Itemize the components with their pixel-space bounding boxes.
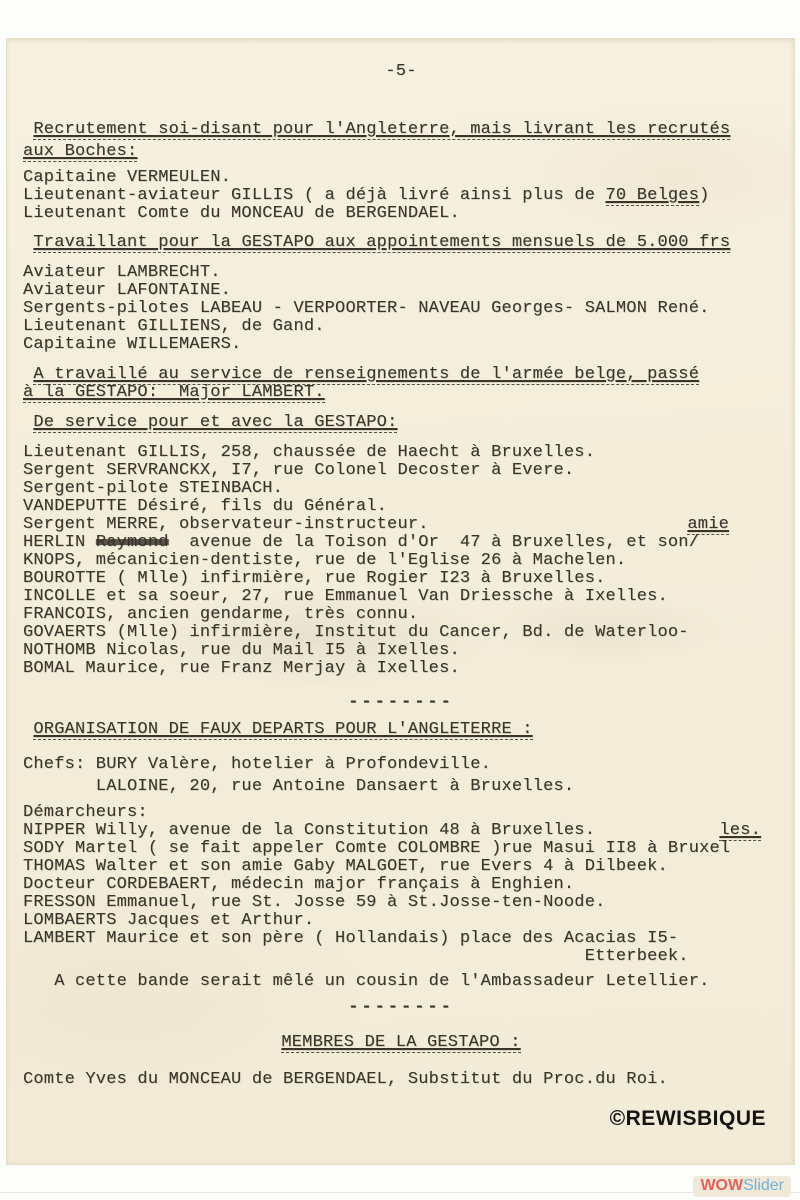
heading-travaillant: Travaillant pour la GESTAPO aux appointe…	[23, 234, 779, 252]
text-segment: Lieutenant-aviateur GILLIS ( a déjà livr…	[23, 186, 606, 205]
text-segment: VANDEPUTTE Désiré, fils du Général.	[23, 497, 387, 516]
doc-line: Sergent-pilote STEINBACH.	[23, 480, 779, 498]
doc-line: SODY Martel ( se fait appeler Comte COLO…	[23, 840, 779, 858]
doc-line: Sergent SERVRANCKX, I7, rue Colonel Deco…	[23, 462, 779, 480]
doc-line: Aviateur LAMBRECHT.	[23, 264, 779, 282]
text-segment: BOMAL Maurice, rue Franz Merjay à Ixelle…	[23, 659, 460, 678]
doc-line: Capitaine VERMEULEN.	[23, 169, 779, 187]
text-segment: )	[699, 186, 709, 205]
text-segment: Etterbeek.	[23, 947, 689, 966]
doc-line: LAMBERT Maurice et son père ( Hollandais…	[23, 930, 779, 948]
text-segment: Sergent-pilote STEINBACH.	[23, 479, 283, 498]
doc-line: Démarcheurs:	[23, 804, 779, 822]
text-segment	[23, 120, 33, 139]
underlined-text: à la GESTAPO: Major LAMBERT.	[23, 383, 325, 403]
doc-line: Sergent MERRE, observateur-instructeur.a…	[23, 516, 779, 534]
text-segment: avenue de la Toison d'Or 47 à Bruxelles,…	[169, 533, 700, 552]
doc-line: NIPPER Willy, avenue de la Constitution …	[23, 822, 779, 840]
underlined-text: A travaillé au service de renseignements…	[33, 365, 699, 385]
heading-de-service: De service pour et avec la GESTAPO:	[23, 414, 779, 432]
doc-line: Lieutenant GILLIENS, de Gand.	[23, 318, 779, 336]
bottom-divider	[0, 1192, 800, 1193]
underlined-text: De service pour et avec la GESTAPO:	[33, 413, 397, 433]
text-segment	[23, 233, 33, 252]
heading-recrutement: Recrutement soi-disant pour l'Angleterre…	[23, 121, 779, 139]
wowslider-watermark[interactable]: WOWSlider	[693, 1176, 791, 1197]
underlined-text: Recrutement soi-disant pour l'Angleterre…	[33, 120, 730, 140]
underlined-text: MEMBRES DE LA GESTAPO :	[281, 1033, 520, 1053]
text-segment: Lieutenant GILLIS, 258, chaussée de Haec…	[23, 443, 595, 462]
underlined-text: Travaillant pour la GESTAPO aux appointe…	[33, 233, 730, 253]
text-segment: Chefs: BURY Valère, hotelier à Profondev…	[23, 755, 491, 774]
doc-line: Sergents-pilotes LABEAU - VERPOORTER- NA…	[23, 300, 779, 318]
text-segment: KNOPS, mécanicien-dentiste, rue de l'Egl…	[23, 551, 626, 570]
doc-line: Etterbeek.	[23, 948, 779, 966]
doc-line: NOTHOMB Nicolas, rue du Mail I5 à Ixelle…	[23, 642, 779, 660]
underlined-text: ORGANISATION DE FAUX DEPARTS POUR L'ANGL…	[33, 720, 532, 740]
doc-line: BOUROTTE ( Mlle) infirmière, rue Rogier …	[23, 570, 779, 588]
underlined-text: aux Boches:	[23, 142, 137, 162]
text-segment: FRESSON Emmanuel, rue St. Josse 59 à St.…	[23, 893, 606, 912]
heading-armee-belge: A travaillé au service de renseignements…	[23, 366, 779, 384]
scanned-page: -5- Recrutement soi-disant pour l'Anglet…	[6, 38, 795, 1165]
doc-line: Docteur CORDEBAERT, médecin major frança…	[23, 876, 779, 894]
wowslider-wow: WOW	[700, 1177, 743, 1194]
doc-line: INCOLLE et sa soeur, 27, rue Emmanuel Va…	[23, 588, 779, 606]
text-segment: INCOLLE et sa soeur, 27, rue Emmanuel Va…	[23, 587, 668, 606]
screenshot-canvas: -5- Recrutement soi-disant pour l'Anglet…	[0, 0, 800, 1200]
credit-watermark: ©REWISBIQUE	[610, 1107, 766, 1131]
doc-lines: -5- Recrutement soi-disant pour l'Anglet…	[23, 63, 779, 1089]
text-segment: HERLIN	[23, 533, 96, 552]
text-segment: LALOINE, 20, rue Antoine Dansaert à Brux…	[23, 777, 574, 796]
doc-line: Lieutenant-aviateur GILLIS ( a déjà livr…	[23, 187, 779, 205]
doc-line: FRESSON Emmanuel, rue St. Josse 59 à St.…	[23, 894, 779, 912]
text-segment: BOUROTTE ( Mlle) infirmière, rue Rogier …	[23, 569, 606, 588]
text-segment: Lieutenant Comte du MONCEAU de BERGENDAE…	[23, 204, 460, 223]
text-segment	[23, 413, 33, 432]
doc-line: KNOPS, mécanicien-dentiste, rue de l'Egl…	[23, 552, 779, 570]
text-segment: Aviateur LAFONTAINE.	[23, 281, 231, 300]
text-segment: -5-	[385, 62, 416, 81]
doc-line: HERLIN Raymond avenue de la Toison d'Or …	[23, 534, 779, 552]
doc-line: THOMAS Walter et son amie Gaby MALGOET, …	[23, 858, 779, 876]
struck-text: Raymond	[96, 533, 169, 552]
text-segment	[23, 365, 33, 384]
text-segment: Sergent SERVRANCKX, I7, rue Colonel Deco…	[23, 461, 574, 480]
doc-line: Lieutenant Comte du MONCEAU de BERGENDAE…	[23, 205, 779, 223]
text-segment: Capitaine WILLEMAERS.	[23, 335, 241, 354]
wowslider-slider: Slider	[743, 1177, 784, 1194]
doc-line: Chefs: BURY Valère, hotelier à Profondev…	[23, 756, 779, 774]
doc-line: Lieutenant GILLIS, 258, chaussée de Haec…	[23, 444, 779, 462]
text-segment: LOMBAERTS Jacques et Arthur.	[23, 911, 314, 930]
text-segment: Sergent MERRE, observateur-instructeur.	[23, 515, 429, 534]
heading-membres: MEMBRES DE LA GESTAPO :	[23, 1034, 779, 1052]
doc-line: FRANCOIS, ancien gendarme, très connu.	[23, 606, 779, 624]
text-segment	[23, 720, 33, 739]
text-segment: FRANCOIS, ancien gendarme, très connu.	[23, 605, 418, 624]
text-segment: Aviateur LAMBRECHT.	[23, 263, 221, 282]
text-segment: SODY Martel ( se fait appeler Comte COLO…	[23, 839, 730, 858]
doc-line: Capitaine WILLEMAERS.	[23, 336, 779, 354]
page-number: -5-	[23, 63, 779, 81]
text-segment: Comte Yves du MONCEAU de BERGENDAEL, Sub…	[23, 1070, 668, 1089]
doc-line: VANDEPUTTE Désiré, fils du Général.	[23, 498, 779, 516]
text-segment: --------	[348, 693, 454, 712]
text-segment: Démarcheurs:	[23, 803, 148, 822]
heading-armee-belge-2: à la GESTAPO: Major LAMBERT.	[23, 384, 779, 402]
underlined-text: 70 Belges	[606, 186, 700, 206]
doc-line: BOMAL Maurice, rue Franz Merjay à Ixelle…	[23, 660, 779, 678]
separator: --------	[23, 694, 779, 712]
text-segment: Capitaine VERMEULEN.	[23, 168, 231, 187]
text-segment: THOMAS Walter et son amie Gaby MALGOET, …	[23, 857, 668, 876]
text-segment: GOVAERTS (Mlle) infirmière, Institut du …	[23, 623, 689, 642]
doc-line: LOMBAERTS Jacques et Arthur.	[23, 912, 779, 930]
text-segment: Sergents-pilotes LABEAU - VERPOORTER- NA…	[23, 299, 710, 318]
doc-line: GOVAERTS (Mlle) infirmière, Institut du …	[23, 624, 779, 642]
text-segment: NOTHOMB Nicolas, rue du Mail I5 à Ixelle…	[23, 641, 460, 660]
doc-line: Comte Yves du MONCEAU de BERGENDAEL, Sub…	[23, 1071, 779, 1089]
separator: --------	[23, 999, 779, 1017]
heading-recrutement-2: aux Boches:	[23, 143, 779, 161]
heading-organisation: ORGANISATION DE FAUX DEPARTS POUR L'ANGL…	[23, 721, 779, 739]
doc-line: Aviateur LAFONTAINE.	[23, 282, 779, 300]
text-segment: Lieutenant GILLIENS, de Gand.	[23, 317, 325, 336]
text-segment: --------	[348, 998, 454, 1017]
doc-line: A cette bande serait mêlé un cousin de l…	[23, 973, 779, 991]
text-segment: LAMBERT Maurice et son père ( Hollandais…	[23, 929, 678, 948]
text-segment: Docteur CORDEBAERT, médecin major frança…	[23, 875, 574, 894]
text-segment: NIPPER Willy, avenue de la Constitution …	[23, 821, 595, 840]
text-segment: A cette bande serait mêlé un cousin de l…	[23, 972, 710, 991]
doc-line: LALOINE, 20, rue Antoine Dansaert à Brux…	[23, 778, 779, 796]
